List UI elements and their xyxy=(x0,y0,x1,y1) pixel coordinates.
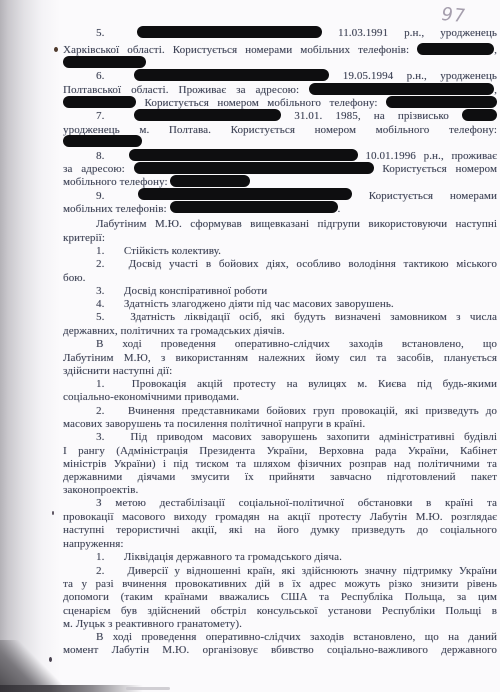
text-run: за адресою: xyxy=(63,163,125,175)
text-run: Провокація акцій протесту на вулицях м. … xyxy=(132,378,497,390)
document-line: 1. Ліквідація державного та громадського… xyxy=(63,551,497,564)
list-number: 5. xyxy=(96,27,121,40)
document-line: напруження: xyxy=(63,538,497,551)
document-line: бою. xyxy=(63,272,497,285)
text-run: міністрів України) і під тиском та шляхо… xyxy=(63,458,497,470)
redaction-bar xyxy=(417,43,494,55)
document-line: Користується номером мобільного телефону… xyxy=(63,97,497,110)
document-line: 2. Вчинення представниками бойових груп … xyxy=(63,405,497,418)
document-line: допомоги (таким країнами вважались США т… xyxy=(63,591,497,604)
text-run: Під приводом масових заворушень захопити… xyxy=(130,431,497,443)
redaction-bar xyxy=(134,69,329,81)
document-line: 7. 31.01. 1985, на прізвисько xyxy=(63,110,497,123)
text-run: Лабутіним М.Ю, з використанням належних … xyxy=(63,352,497,364)
list-number: 8. xyxy=(96,150,121,163)
document-line: 5. Здатність ліквідації осіб, які будуть… xyxy=(63,311,497,324)
document-line: В ході проведення оперативно-слідчих зах… xyxy=(63,338,497,351)
document-line: здійснити наступні дії: xyxy=(63,365,497,378)
redaction-bar xyxy=(170,201,338,213)
text-run: Користується номерами xyxy=(369,190,497,202)
text-run: В ході проведення оперативно-слідчих зах… xyxy=(96,338,497,350)
document-line xyxy=(63,137,497,150)
redaction-bar xyxy=(134,109,281,121)
document-line: державних, політичних та громадських дія… xyxy=(63,325,497,338)
text-run: напруження: xyxy=(63,538,124,550)
document-line: законопроектів. xyxy=(63,484,497,497)
redaction-bar xyxy=(63,96,136,108)
text-run: , xyxy=(494,44,497,56)
list-number: 1. xyxy=(96,378,121,391)
text-run: Диверсії у відношенні країн, які здійсню… xyxy=(127,565,497,577)
document-line: 4. Здатність злагоджено діяти під час ма… xyxy=(63,298,497,311)
text-run: Вчинення представниками бойових груп про… xyxy=(128,405,497,417)
text-run: І рангу (Адміністрація Президента Україн… xyxy=(63,445,497,457)
document-line: 1. Провокація акцій протесту на вулицях … xyxy=(63,378,497,391)
text-run: 19.05.1994 р.н., уродженець xyxy=(343,70,497,82)
text-run: м. Луцьк з реактивного гранатомету). xyxy=(63,618,242,630)
text-run: Здатність ліквідації осіб, які будуть ви… xyxy=(130,311,497,323)
document-line: соціально-економічними приводами. xyxy=(63,391,497,404)
document-line: мобільних телефонів: . xyxy=(63,203,497,216)
document-line: 3. Досвід конспіративної роботи xyxy=(63,285,497,298)
text-run: Полтавської області. Проживає за адресою… xyxy=(63,84,299,96)
document-line: критерії: xyxy=(63,232,497,245)
text-run: масових заворушень та посилення політичн… xyxy=(63,418,365,430)
text-run: допомоги (таким країнами вважались США т… xyxy=(63,591,497,603)
document-line: З метою дестабілізації соціальної-політи… xyxy=(63,497,497,510)
document-line: м. Луцьк з реактивного гранатомету). xyxy=(63,618,497,631)
ink-speck xyxy=(54,47,58,52)
document-line: 6. 19.05.1994 р.н., уродженець xyxy=(63,70,497,83)
document-line: В ході проведення оперативно-слідчих зах… xyxy=(63,631,497,644)
redaction-bar xyxy=(462,109,497,121)
text-run: Користується номером мобільного телефону… xyxy=(144,97,377,109)
list-number: 2. xyxy=(96,405,121,418)
list-number: 1. xyxy=(96,245,121,258)
list-number: 2. xyxy=(96,258,121,271)
text-run: 31.01. 1985, на прізвисько xyxy=(294,110,449,122)
text-run: сценарієм був здійснений обстріл консуль… xyxy=(63,605,497,617)
document-line: 2. Досвід участі в бойових діях, особлив… xyxy=(63,258,497,271)
text-run: Ліквідація державного та громадського ді… xyxy=(124,551,342,563)
text-run: В ході проведення оперативно-слідчих зах… xyxy=(96,631,497,643)
document-line: масових заворушень та посилення політичн… xyxy=(63,418,497,431)
ink-speck xyxy=(49,657,52,662)
document-line: та у разі вчинення провокативних дій в ї… xyxy=(63,578,497,591)
text-run: Користується номером xyxy=(382,163,497,175)
text-run: державних, політичних та громадських дія… xyxy=(63,325,285,337)
document-line: державними діячами змусити їх прийняти з… xyxy=(63,471,497,484)
text-run: . xyxy=(338,203,341,215)
redaction-bar xyxy=(138,188,352,200)
redaction-bar xyxy=(386,96,497,108)
ink-speck xyxy=(52,511,54,515)
scan-smudge xyxy=(126,687,170,690)
text-run: здійснити наступні дії: xyxy=(63,365,172,377)
text-run: державними діячами змусити їх прийняти з… xyxy=(63,471,497,483)
document-line: сценарієм був здійснений обстріл консуль… xyxy=(63,605,497,618)
text-run: 10.01.1996 р.н., проживає xyxy=(365,150,497,162)
document-line: наступні терористичні акції, які на його… xyxy=(63,524,497,537)
text-run: Здатність злагоджено діяти під час масов… xyxy=(124,298,394,310)
text-run: уродженець м. Полтава. Користується номе… xyxy=(63,124,497,136)
redaction-bar xyxy=(137,26,322,38)
list-number: 9. xyxy=(96,190,121,203)
document-line: Харківської області. Користується номера… xyxy=(63,44,497,57)
document-line: І рангу (Адміністрація Президента Україн… xyxy=(63,445,497,458)
document-line: Лабутіним М.Ю, з використанням належних … xyxy=(63,352,497,365)
text-run: момент Лабутін М.Ю. організовує вбивство… xyxy=(63,644,497,656)
text-run: провокації масового виходу громадян на а… xyxy=(63,511,497,523)
document-line: 2. Диверсії у відношенні країн, які здій… xyxy=(63,565,497,578)
text-run: законопроектів. xyxy=(63,484,138,496)
redaction-bar xyxy=(129,149,358,161)
document-line: 3. Під приводом масових заворушень захоп… xyxy=(63,431,497,444)
text-run: 11.03.1991 р.н., уродженець xyxy=(338,27,497,39)
list-number: 7. xyxy=(96,110,121,123)
redaction-bar xyxy=(63,56,146,68)
text-run: Стійкість колективу. xyxy=(124,245,221,257)
text-run: З метою дестабілізації соціальної-політи… xyxy=(96,497,497,509)
document-line: мобільного телефону: xyxy=(63,176,497,189)
text-run: Досвід конспіративної роботи xyxy=(124,285,267,297)
document-line: провокації масового виходу громадян на а… xyxy=(63,511,497,524)
text-run: Досвід участі в бойових діях, особливо в… xyxy=(129,258,497,270)
text-run: критерії: xyxy=(63,232,105,244)
list-number: 2. xyxy=(96,565,121,578)
text-run: наступні терористичні акції, які на його… xyxy=(63,524,497,536)
text-run: мобільного телефону: xyxy=(63,176,168,188)
list-number: 1. xyxy=(96,551,121,564)
text-run: та у разі вчинення провокативних дій в ї… xyxy=(63,578,497,590)
document-line: 1. Стійкість колективу. xyxy=(63,245,497,258)
text-run: , xyxy=(494,84,497,96)
document-line: міністрів України) і під тиском та шляхо… xyxy=(63,458,497,471)
text-run: соціально-економічними приводами. xyxy=(63,391,239,403)
text-run: Харківської області. Користується номера… xyxy=(63,44,409,56)
list-number: 5. xyxy=(96,311,121,324)
text-run: Лабутіним М.Ю. сформував вищевказані під… xyxy=(96,218,497,230)
list-number: 3. xyxy=(96,431,121,444)
list-number: 3. xyxy=(96,285,121,298)
text-run: бою. xyxy=(63,272,85,284)
redaction-bar xyxy=(170,175,250,187)
redaction-bar xyxy=(63,135,142,147)
text-run: мобільних телефонів: xyxy=(63,203,167,215)
handwritten-page-number: 97 xyxy=(439,4,468,27)
document-line: момент Лабутін М.Ю. організовує вбивство… xyxy=(63,644,497,657)
list-number: 4. xyxy=(96,298,121,311)
redaction-bar xyxy=(309,83,494,95)
scanned-document-page: 97 5. 11.03.1991 р.н., уродженецьХарківс… xyxy=(0,0,500,692)
list-number: 6. xyxy=(96,70,121,83)
document-line: Лабутіним М.Ю. сформував вищевказані під… xyxy=(63,218,497,231)
document-line: за адресою: Користується номером xyxy=(63,163,497,176)
redaction-bar xyxy=(134,162,374,174)
document-line: 5. 11.03.1991 р.н., уродженець xyxy=(63,27,497,40)
